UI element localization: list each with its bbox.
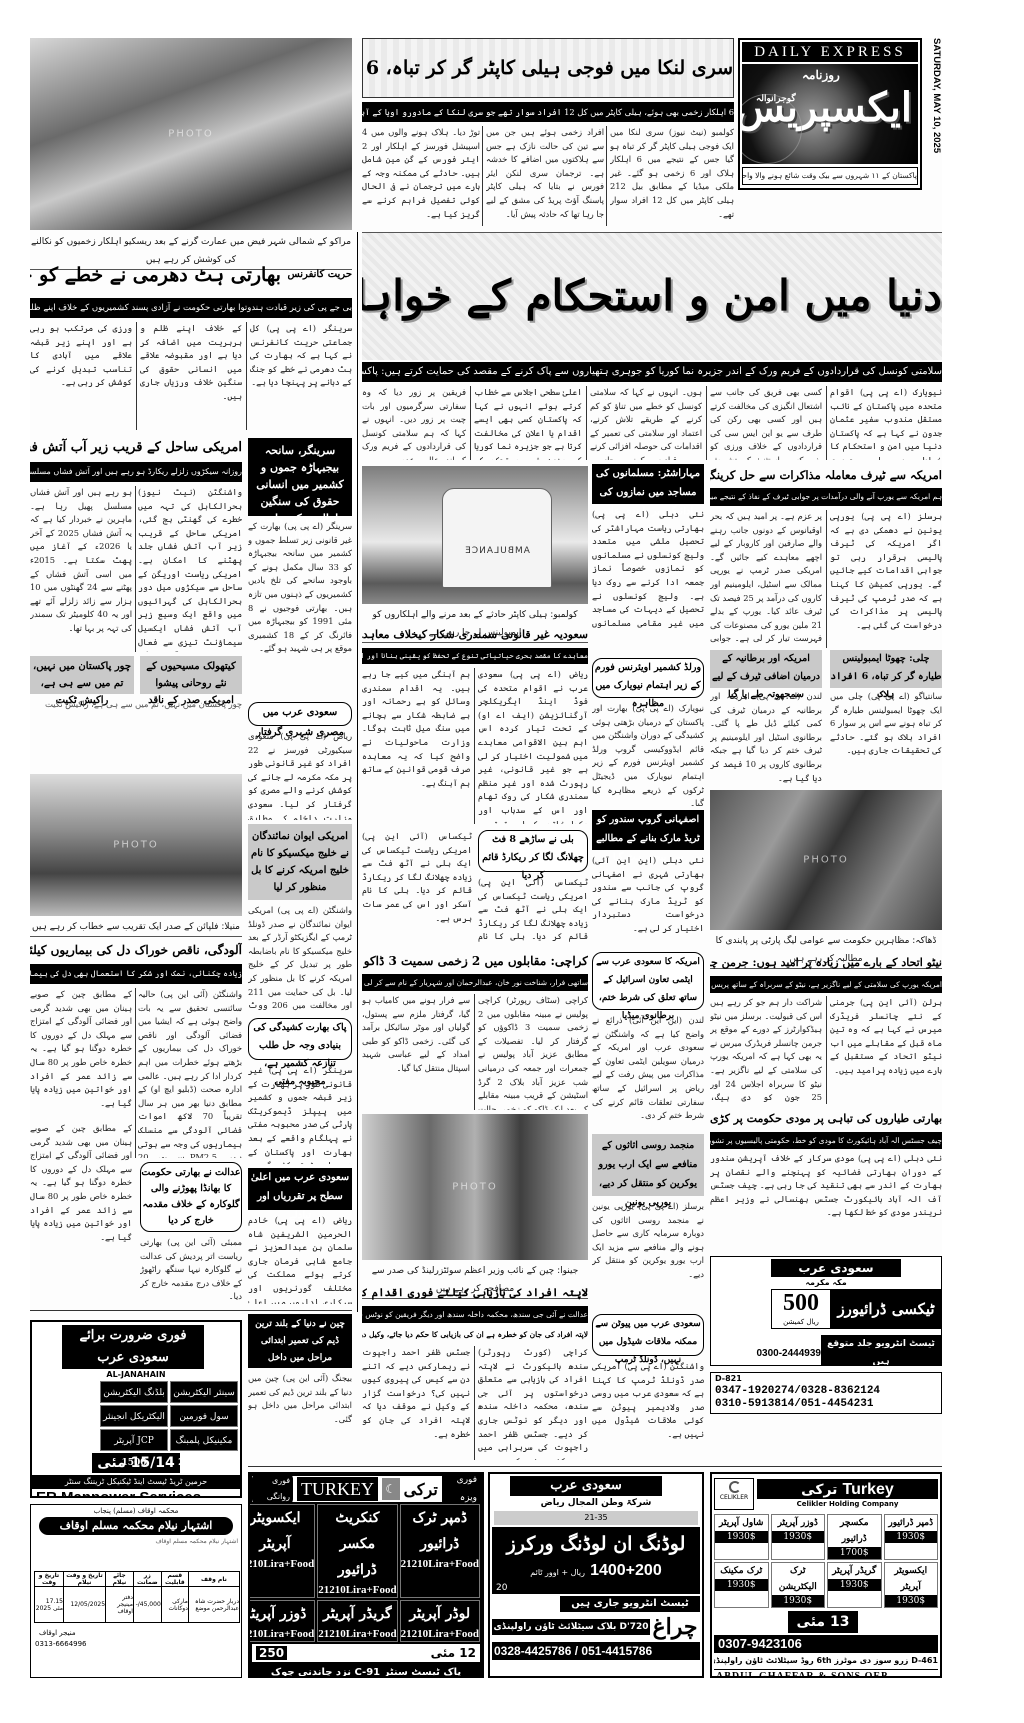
column-rule [246, 322, 247, 430]
main-headline: دنیا میں امن و استحکام کے خواہاں ہیں: پا… [362, 233, 942, 359]
philippines-photo-caption: منیلا: فلپائن کے صدر ایک تقریب سے خطاب ک… [30, 918, 242, 937]
geneva-handshake-photo: PHOTO [362, 1114, 588, 1260]
celikler-job-5: ایکسویٹر آپریٹر1930$ [884, 1562, 939, 1608]
turkey-job-1: ڈمپر ٹرک ڈرائیور21210Lira+Food [400, 1504, 480, 1598]
kashmir-forum-headline: ورلڈ کشمیر اویئرنس فورم کے زیر اہتمام نی… [592, 658, 704, 698]
auction-table: نام وقف قسم قابلیت زر ضمانت جائے نیلام ت… [34, 1571, 240, 1623]
auction-table-row: دربار حضرت شاہ عبدالرحمن موضع مارکی دوکا… [35, 1587, 240, 1623]
celikler-job-3: ڈوزر آپریٹر1930$ [771, 1514, 826, 1560]
main-body-4: کسی بھی فریق کی جانب سے اشتعال انگیزی کی… [710, 386, 822, 460]
singer-court-headline: عدالت نے بھارتی حکومت کا بھانڈا پھوڑنے و… [140, 1162, 242, 1232]
power-contact-ad[interactable]: D-821 0347-1920274/0328-8362124 0310-591… [710, 1372, 942, 1414]
china-dam-body: بیجنگ (آئی این پی) چین میں دنیا کے بلند … [248, 1372, 352, 1462]
eu-tariff-headline: امریکہ سے ٹیرف معاملہ مذاکرات سے حل کرین… [710, 464, 942, 486]
nato-body-2: شراکت دار ہم جو کر رہے ہیں اس کی قبولیت۔… [710, 996, 822, 1104]
taxi-ad-title: سعودی عرب [771, 1259, 901, 1277]
turkey-total: 250 [256, 1646, 287, 1660]
saudi-fishing-body-1: ریاض (اے پی پی) سعودی عرب نے اقوام متحدہ… [478, 668, 588, 824]
kashmir-forum-body: نیویارک (اے پی پی) بھارت اور پاکستان کے … [592, 702, 704, 806]
main-headline-subbar: سلامتی کونسل کی قراردادوں کے فریم ورک کے… [362, 362, 942, 382]
celikler-company: Celikler Holding Company [757, 1499, 938, 1509]
saudi-egypt-body: ریاض (اے پی پی) سعودی سیکیورٹی فورسز نے … [248, 730, 352, 820]
eu-tariff-body-1: برسلز (اے پی پی) یورپی یونین نے دھمکی دی… [830, 510, 942, 648]
loading-ad-interview: ٹیسٹ انٹرویو جاری ہیں [560, 1596, 700, 1612]
turkey-english-title: TURKEY [297, 1477, 378, 1501]
us-uk-trade-body: لندن (اے پی پی) امریکہ اور برطانیہ کے در… [710, 690, 822, 786]
newspaper-front-page: PHOTO مراکو کے شمالی شہر فیض میں عمارت گ… [30, 38, 942, 1678]
auction-phone: 0313-6664996 [31, 1639, 241, 1649]
kashmir-tension-body: سرینگر (اے پی پی) غیر قانونی طور پر بھار… [248, 1064, 352, 1164]
missing-persons-headline: لاپتہ افراد کی بازیابی کیلئے فوری اقدام … [362, 1282, 588, 1304]
eu-ukraine-headline: منجمد روسی اثاثوں کے منافعے سے ایک ارب ی… [592, 1134, 704, 1196]
celikler-agency: ABDUL GHAFFAR & SONS OEP [712, 1670, 940, 1678]
hurriyat-headline: حریت کانفرنس بھارتی ہٹ دھرمی نے خطے کو ج… [30, 256, 352, 294]
singer-court-continued: کے مطابق چین کے صوبے ہینان میں بھی شدید … [30, 1122, 132, 1304]
celikler-phone: 0307-9423106 [714, 1635, 938, 1653]
eu-ukraine-body: برسلز (اے پی پی) یورپی یونین نے منجمد رو… [592, 1200, 704, 1310]
trump-putin-body: واشنگٹن (اے پی پی) امریکی صدر ڈونلڈ ٹرمپ… [592, 1360, 704, 1460]
ambulance-van-shape [442, 488, 552, 588]
us-uk-trade-headline: امریکہ اور برطانیہ کے درمیان اضافی ٹیرف … [710, 650, 822, 688]
saudi-fishing-headline: سعودیہ غیر قانونی سمندری شکار کیخلاف معا… [362, 624, 588, 646]
chile-plane-headline: چلی: چھوٹا ایمبولینس طیارہ گر کر تباہ، 6… [830, 650, 942, 688]
turkey-celikler-ad[interactable]: Turkey ترکی Celikler Holding Company CEL… [710, 1472, 942, 1678]
hurriyat-kicker: حریت کانفرنس [288, 269, 352, 280]
small-box-filler: چور پاکستان میں نہیں، تم میں سے ہی ہے، ر… [30, 698, 242, 762]
column-rule [474, 994, 475, 1110]
celikler-job-2: مکسچر ڈرائیور1700$ [827, 1514, 882, 1560]
volcano-headline: امریکی ساحل کے قریب زیر آب آتش فشاں پھٹن… [30, 436, 242, 460]
jtf-job-2: بلڈنگ الیکٹریشن 1400 [100, 1381, 168, 1403]
saudi-taxi-driver-ad[interactable]: سعودی عرب مکہ مکرمہ ٹیکسی ڈرائیورز 500 ر… [710, 1256, 942, 1366]
column-rule [135, 486, 136, 652]
masthead-english-title: DAILY EXPRESS [742, 42, 918, 62]
cat-record-headline: بلی نے ساڑھے 8 فٹ چھلانگ لگا کر ریکارڈ ق… [478, 830, 588, 872]
saudi-jtf-title: فوری ضرورت برائے سعودی عرب [62, 1325, 204, 1369]
loading-ad-phones: 0328-4425786 / 051-4415786 [492, 1642, 700, 1660]
isfahani-headline: اصفہانی گروپ سندور کو ٹریڈ مارک بنانے کے… [592, 810, 704, 850]
column-rule [135, 988, 136, 1158]
top-left-rescue-photo: PHOTO [30, 38, 352, 230]
jtf-agency: ER Manpower Services [32, 1489, 240, 1498]
eu-tariff-subbar: ہم امریکہ سے یورپ آنے والی درآمدات پر جو… [710, 488, 942, 506]
pollution-headline: آلودگی، ناقص خوراک دل کی بیماریوں کیلئے … [30, 938, 242, 962]
main-body-2: اعلیٰ سطحی اجلاس سے خطاب کرتے ہوئے انہوں… [474, 386, 582, 460]
ambulance-photo: AMBULANCE [362, 466, 588, 604]
india-jets-body: نئی دہلی (اے پی پی) مودی سرکار کے خلاف آ… [710, 1152, 942, 1252]
celikler-job-8: ٹرک مکینک1930$ [714, 1562, 769, 1608]
eu-tariff-body-2: پر عزم ہے۔ پر امید ہیں کہ بحر اوقیانوس ک… [710, 510, 822, 648]
pollution-body-2: کے مطابق چین کے صوبے ہینان میں بھی شدید … [30, 988, 132, 1118]
isfahani-body: نئی دہلی (این این آئی) بھارتی شہری نے اص… [592, 854, 704, 948]
saudi-loading-workers-ad[interactable]: سعودی عرب شرکۃ وطن المجال ریاض 21-35 لوڈ… [488, 1472, 704, 1678]
cat-record-body: ٹیکساس (آئی این پی) امریکی ریاست ٹیکساس … [478, 876, 588, 946]
turkey-pak-test-ad[interactable]: فوری ویزہ ترکی ☾ TURKEY فوری روانگی ڈمپر… [248, 1472, 484, 1678]
column-rule [482, 126, 483, 226]
kashmir-tension-headline: پاک بھارت کشیدگی کی بنیادی وجہ حل طلب تن… [248, 1018, 352, 1060]
singer-court-body: ممبئی (آئی این پی) بھارتی ریاست اتر پردی… [140, 1236, 242, 1304]
photo-placeholder: PHOTO [113, 840, 158, 851]
celikler-job-4: شاول آپریٹر1930$ [714, 1514, 769, 1560]
loading-ad-title: سعودی عرب [510, 1476, 662, 1496]
auction-table-header: نام وقف قسم قابلیت زر ضمانت جائے نیلام ت… [35, 1572, 240, 1587]
ambulance-label: AMBULANCE [450, 546, 544, 556]
hurriyat-body-3: ورزی کی مرتکب ہو رہی ہے اور اپنے زیر قبض… [30, 322, 132, 430]
column-rule [474, 1346, 475, 1460]
volcano-subbar: روزانہ سیکڑوں زلزلے ریکارڈ ہو رہے ہیں او… [30, 462, 242, 482]
saudi-nuclear-body: لندن (این این آئی) ذرائع نے واضح کیا ہے … [592, 1014, 704, 1130]
missing-persons-kicker: لاپتہ افراد کی جان کو خطرہ ہے ان کی بازی… [362, 1326, 588, 1344]
masthead-edition-label: روزنامہ [802, 68, 840, 82]
gulf-america-headline: امریکی ایوان نمائندگان نے خلیج میکسیکو ک… [248, 824, 352, 900]
turkey-departure-label: فوری روانگی [252, 1473, 293, 1505]
power-address: D-821 [711, 1373, 941, 1385]
power-phones-2: 0310-5913814/051-4454231 [711, 1398, 941, 1411]
auction-title: اشتہار نیلام محکمہ مسلم اوقاف [39, 1517, 233, 1535]
nato-body-1: برلن (آئی این پی) جرمنی کے نئے چانسلر فر… [830, 996, 942, 1104]
masthead-date: SATURDAY, MAY 10, 2025 [928, 38, 942, 198]
nato-headline: نیٹو اتحاد کے بارے میں زیادہ پر امید ہوں… [710, 952, 942, 974]
column-rule [826, 996, 827, 1104]
jtf-job-4: الیکٹریکل انجینئر 2500 [100, 1405, 168, 1427]
column-rule [826, 386, 827, 460]
jtf-interview-date: 15/14 مئی [92, 1453, 180, 1473]
kashmir-box-body: سرینگر (اے پی پی) بھارت کے غیر قانونی زی… [248, 520, 352, 696]
jtf-job-3: سول فورمین 1700 [170, 1405, 238, 1427]
celikler-job-1: ڈمپر ڈرائیور1930$ [884, 1514, 939, 1560]
loading-ad-brand: چراغ [650, 1614, 700, 1640]
loading-ad-age: 21-35 [494, 1511, 698, 1525]
missing-persons-subbar: عدالت نے آئی جی سندھ، محکمہ داخلہ سندھ ا… [362, 1306, 588, 1323]
turkey-job-2: کنکریٹ مکسر ڈرائیور21210Lira+Food [317, 1504, 397, 1598]
dhaka-protest-photo: PHOTO [710, 790, 942, 930]
loading-ad-job: لوڈنگ ان لوڈنگ ورکرز [492, 1527, 700, 1561]
namaz-ban-body: نئی دہلی (اے پی پی) بھارتی ریاست مہاراشٹ… [592, 508, 704, 630]
photo-placeholder: PHOTO [803, 855, 848, 866]
gulf-america-body: واشنگٹن (اے پی پی) امریکی ایوان نمائندگا… [248, 904, 352, 1014]
power-phones-1: 0347-1920274/0328-8362124 [711, 1385, 941, 1398]
saudi-fishing-body-2: ہم آہنگی میں کیے جا رہے ہیں۔ یہ اقدام سم… [362, 668, 470, 824]
srilanka-subbar: 6 اہلکار زخمی بھی ہوئے، ہیلی کاپٹر میں ک… [362, 102, 734, 122]
volcano-body-2: ہو رہے ہیں اور آتش فشاں مسلسل پھیل رہا ہ… [30, 486, 132, 652]
loading-ad-count: 20 [492, 1582, 700, 1594]
cat-record-continued: ٹیکساس (آئی این پی) امریکی ریاست ٹیکساس … [362, 830, 472, 946]
column-rule [136, 322, 137, 430]
celikler-logo-icon [729, 1481, 741, 1493]
loading-ad-salary: 1400+200 [590, 1562, 662, 1579]
taxi-ad-interview: ٹیسٹ انٹرویو جلد متوقع ہیں [821, 1335, 941, 1366]
srilanka-headline: سری لنکا میں فوجی ہیلی کاپٹر گر کر تباہ،… [363, 39, 733, 97]
celikler-job-6: گریڈر آپریٹر1930$ [827, 1562, 882, 1608]
turkey-urdu-title: ترکی [404, 1480, 438, 1499]
srilanka-body-2: افراد زخمی ہوئے ہیں جن میں سے تین کی حال… [486, 126, 604, 226]
column-rule [606, 126, 607, 226]
kashmir-box-headline: سرینگر، سانحہ بیجبہاڑہ جموں و کشمیر میں … [248, 438, 352, 516]
catholic-box: کیتھولک مسیحیوں کے نئے روحانی پیشوا امری… [140, 656, 242, 694]
karachi-headline: کراچی: مقابلوں میں 2 زخمی سمیت 3 ڈاکو گر… [362, 950, 588, 972]
saudi-jtf-company: AL-JANAHAIN [32, 1369, 240, 1381]
celikler-ad-urdu-title: ترکی [801, 1482, 837, 1498]
auction-department: محکمہ اوقاف (مسلم) پنجاب [31, 1505, 241, 1517]
taxi-ad-salary: 500 [772, 1290, 830, 1316]
column-rule [586, 386, 587, 460]
saudi-jtf-job-ad[interactable]: فوری ضرورت برائے سعودی عرب AL-JANAHAIN س… [30, 1320, 242, 1498]
main-body-1: نیویارک (اے پی پی) اقوام متحدہ میں پاکست… [830, 386, 942, 460]
karachi-body-1: کراچی (سٹاف رپورٹر) کراچی پولیس نے مبینہ… [478, 994, 588, 1110]
masthead: DAILY EXPRESS ایکسپریس روزنامہ گوجرانوال… [738, 38, 922, 190]
china-dam-headline: چین نے دنیا کے بلند ترین ڈیم کی تعمیر اب… [248, 1314, 352, 1368]
srilanka-body-1: کولمبو (نیٹ نیوز) سری لنکا میں ایک فوجی … [610, 126, 734, 226]
saudi-transfers-headline: سعودی عرب میں اعلیٰ سطح پر تقرریاں اور ت… [248, 1168, 352, 1210]
column-rule [474, 668, 475, 824]
hurriyat-body-2: کے خلاف اپنے ظلم و بربریت میں اضافہ کر د… [140, 322, 242, 430]
turkey-job-4: لوڈر آپریٹر21210Lira+Food [400, 1600, 480, 1642]
philippines-president-photo: PHOTO [30, 774, 242, 916]
hurriyat-headline-text: بھارتی ہٹ دھرمی نے خطے کو جنگ کے دہانے پ… [30, 264, 281, 286]
volcano-body-1: واشنگٹن (نیٹ نیوز) بحرالکاہل کی تہہ میں … [138, 486, 242, 652]
main-headline-box: دنیا میں امن و استحکام کے خواہاں ہیں: پا… [362, 232, 942, 360]
auqaf-auction-ad[interactable]: محکمہ اوقاف (مسلم) پنجاب اشتہار نیلام مح… [30, 1504, 242, 1678]
karachi-subbar: ساتھی فرار، شناخت نور خان، عبدالرحمان او… [362, 974, 588, 991]
section-rule [357, 232, 358, 1312]
jtf-job-1: سینئر الیکٹریشن 1700 [170, 1381, 238, 1403]
missing-persons-body-2: جسٹس ظفر احمد راجپوت نے ریمارکس دیے کہ ا… [362, 1346, 470, 1460]
turkey-job-6: ڈوزر آپریٹر21210Lira+Food [248, 1600, 315, 1642]
hurriyat-body-1: سرینگر (اے پی پی) کل جماعتی حریت کانفرنس… [250, 322, 352, 430]
masthead-tagline: پاکستان کے ۱۱ شہروں سے بیک وقت شائع ہونے… [742, 167, 918, 185]
namaz-ban-headline: مہاراشٹر: مسلمانوں کی مساجد میں نمازوں ک… [592, 464, 704, 504]
india-jets-subbar: چیف جسٹس الہ آباد ہائیکورٹ کا مودی کو خط… [710, 1132, 942, 1149]
turkey-job-3: ایکسویٹر آپریٹر21210Lira+Food [248, 1504, 315, 1598]
celikler-address: D-461 زرو سوز دی موٹرز 6th روڈ سیٹلائٹ ٹ… [714, 1653, 938, 1670]
turkey-flag-icon: ☾ [382, 1478, 400, 1500]
celikler-interview-date: 13 مئی [788, 1611, 858, 1633]
taxi-ad-phone: 0300-2444939 [750, 1348, 821, 1359]
section-rule [30, 1310, 352, 1311]
main-body-5: فریقین پر زور دیا کہ وہ سفارتی سرگرمیوں … [362, 386, 466, 460]
loading-ad-salary-note: ریال + اوور ٹائم [530, 1568, 585, 1577]
jtf-job-5: مکینیکل پلمبنگ انجینئر 2500 [170, 1429, 238, 1451]
celikler-job-7: ٹرک الیکٹریشن1930$ [771, 1562, 826, 1608]
column-rule [706, 386, 707, 460]
celikler-ad-title: Turkey [843, 1481, 894, 1498]
photo-placeholder: PHOTO [168, 129, 213, 140]
srilanka-body-3: توڑ دیا۔ ہلاک ہونے والوں میں 4 اسپیشل فو… [362, 126, 480, 226]
column-rule [826, 510, 827, 648]
auction-body: اشتہار نیلام محکمہ مسلم اوقاف [31, 1535, 241, 1571]
missing-persons-body-1: کراچی (کورٹ رپورٹر) سندھ ہائیکورٹ نے لاپ… [478, 1346, 588, 1460]
jtf-job-6: JCP آپریٹر 1500 [100, 1429, 168, 1451]
india-jets-headline: بھارتی طیاروں کی تباہی پر مودی حکومت پر … [710, 1108, 942, 1130]
turkey-centre: پاک ٹیسٹ سنٹر C-91 نزد چاندنی چوک راولپن… [250, 1664, 482, 1678]
saudi-transfers-body: ریاض (اے پی پی) خادم الحرمین الشریفین شا… [248, 1214, 352, 1304]
turkey-visa-label: فوری ویزہ [442, 1472, 480, 1507]
loading-ad-address: D'720 بلاک سیٹلائٹ ٹاؤن راولپنڈی [492, 1619, 650, 1635]
taxi-ad-salary-note: ریال کمیشن [772, 1316, 830, 1328]
turkey-test-date: 12 مئی [431, 1646, 476, 1660]
srilanka-headline-box: سری لنکا میں فوجی ہیلی کاپٹر گر کر تباہ،… [362, 38, 734, 98]
loading-ad-company: شرکۃ وطن المجال ریاض [490, 1496, 702, 1510]
main-body-3: ہوں۔ انہوں نے کہا کہ سلامتی کونسل کو خطے… [590, 386, 702, 460]
auction-signature: منیجر اوقاف [31, 1627, 241, 1639]
taxi-ad-city: مکہ مکرمہ [711, 1277, 941, 1289]
tikait-box: چور پاکستان میں نہیں، تم میں سے ہی ہے، ر… [30, 656, 134, 694]
karachi-body-2: سے فرار ہونے میں کامیاب ہو گیا، گرفتار م… [362, 994, 470, 1110]
nato-subbar: امریکہ یورپ کی سلامتی کے لیے ناگزیر ہے، … [710, 976, 942, 993]
taxi-ad-job: ٹیکسی ڈرائیورز [831, 1289, 941, 1329]
masthead-logo: ایکسپریس روزنامہ گوجرانوالہ [742, 64, 918, 164]
saudi-fishing-subbar: معاہدے کا مقصد بحری حیاتیاتی تنوع کے تحف… [362, 648, 588, 664]
celikler-logo: CELIKLER [714, 1478, 754, 1510]
hurriyat-subbar: بی جے پی کی زیر قیادت ہندوتوا بھارتی حکو… [30, 298, 352, 318]
turkey-job-5: گریڈر آپریٹر21210Lira+Food [317, 1600, 397, 1642]
loading-ad-salary-row: 1400+200 ریال + اوور ٹائم [492, 1561, 700, 1582]
saudi-nuclear-headline: امریکہ کا سعودی عرب سے ایٹمی تعاون اسرائ… [592, 952, 704, 1010]
photo-placeholder: PHOTO [452, 1182, 497, 1193]
jtf-centre: حرمین ٹریڈ ٹیسٹ اینڈ ٹیکنیکل ٹریننگ سنٹر [32, 1475, 240, 1489]
chile-plane-body: سانتیاگو (اے پی پی) چلی میں ایک چھوٹا ای… [830, 690, 942, 786]
trump-putin-headline: سعودی عرب میں پیوٹن سے ممکنہ ملاقات شیڈو… [592, 1314, 704, 1356]
pollution-body-1: واشنگٹن (آئی این پی) حالیہ سائنسی تحقیق … [138, 988, 242, 1158]
pollution-subbar: زیادہ چکنائی، نمک اور شکر کا استعمال بھی… [30, 964, 242, 984]
column-rule [470, 386, 471, 460]
section-rule [248, 1466, 942, 1467]
saudi-egypt-headline: سعودی عرب میں مصری شہری گرفتار [248, 702, 352, 726]
